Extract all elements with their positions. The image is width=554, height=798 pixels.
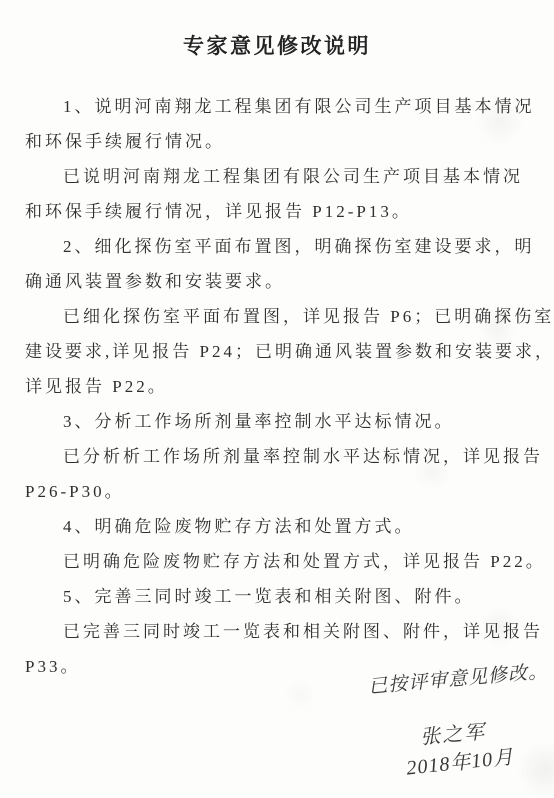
page-title: 专家意见修改说明 <box>0 32 554 60</box>
text-line: 2、细化探伤室平面布置图，明确探伤室建设要求，明 <box>25 229 530 264</box>
text-line: 3、分析工作场所剂量率控制水平达标情况。 <box>25 404 530 439</box>
text-line: 详见报告 P22。 <box>25 369 530 404</box>
text-line: 已细化探伤室平面布置图，详见报告 P6；已明确探伤室 <box>25 299 530 334</box>
text-line: 和环保手续履行情况，详见报告 P12-P13。 <box>25 194 530 229</box>
text-line: P26-P30。 <box>25 474 530 509</box>
text-line: 已完善三同时竣工一览表和相关附图、附件，详见报告 <box>25 614 530 649</box>
text-line: 5、完善三同时竣工一览表和相关附图、附件。 <box>25 579 530 614</box>
text-line: 1、说明河南翔龙工程集团有限公司生产项目基本情况 <box>25 89 530 124</box>
text-line: 4、明确危险废物贮存方法和处置方式。 <box>25 509 530 544</box>
text-line: 建设要求,详见报告 P24；已明确通风装置参数和安装要求， <box>25 334 530 369</box>
document-body: 1、说明河南翔龙工程集团有限公司生产项目基本情况和环保手续履行情况。已说明河南翔… <box>25 89 530 684</box>
text-line: 已明确危险废物贮存方法和处置方式，详见报告 P22。 <box>25 544 530 579</box>
text-line: 已说明河南翔龙工程集团有限公司生产项目基本情况 <box>25 159 530 194</box>
text-line: 已分析析工作场所剂量率控制水平达标情况，详见报告 <box>25 439 530 474</box>
text-line: 确通风装置参数和安装要求。 <box>25 264 530 299</box>
document-page: 专家意见修改说明 1、说明河南翔龙工程集团有限公司生产项目基本情况和环保手续履行… <box>0 0 554 798</box>
text-line: 和环保手续履行情况。 <box>25 124 530 159</box>
